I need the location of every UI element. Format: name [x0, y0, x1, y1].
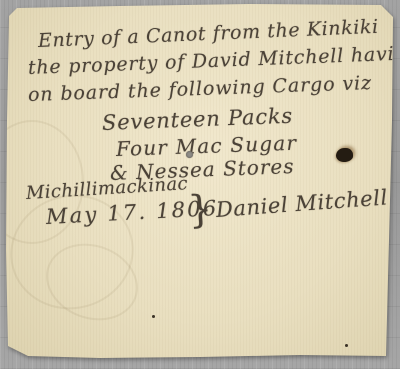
date-brace: }: [186, 186, 213, 232]
paper-hole: [336, 148, 353, 162]
cargo-item-packs: Seventeen Packs: [102, 104, 294, 135]
paper-speck: [345, 344, 348, 347]
scan-background: Entry of a Canot from the Kinkiki the pr…: [0, 0, 400, 369]
document-paper: Entry of a Canot from the Kinkiki the pr…: [0, 0, 400, 369]
document-paper-wrapper: Entry of a Canot from the Kinkiki the pr…: [0, 0, 400, 369]
signature: Daniel Mitchell: [215, 185, 389, 222]
paper-speck: [152, 315, 155, 318]
manuscript-line-cargo-intro: on board the following Cargo viz: [28, 72, 373, 106]
paper-spot: [186, 151, 193, 158]
